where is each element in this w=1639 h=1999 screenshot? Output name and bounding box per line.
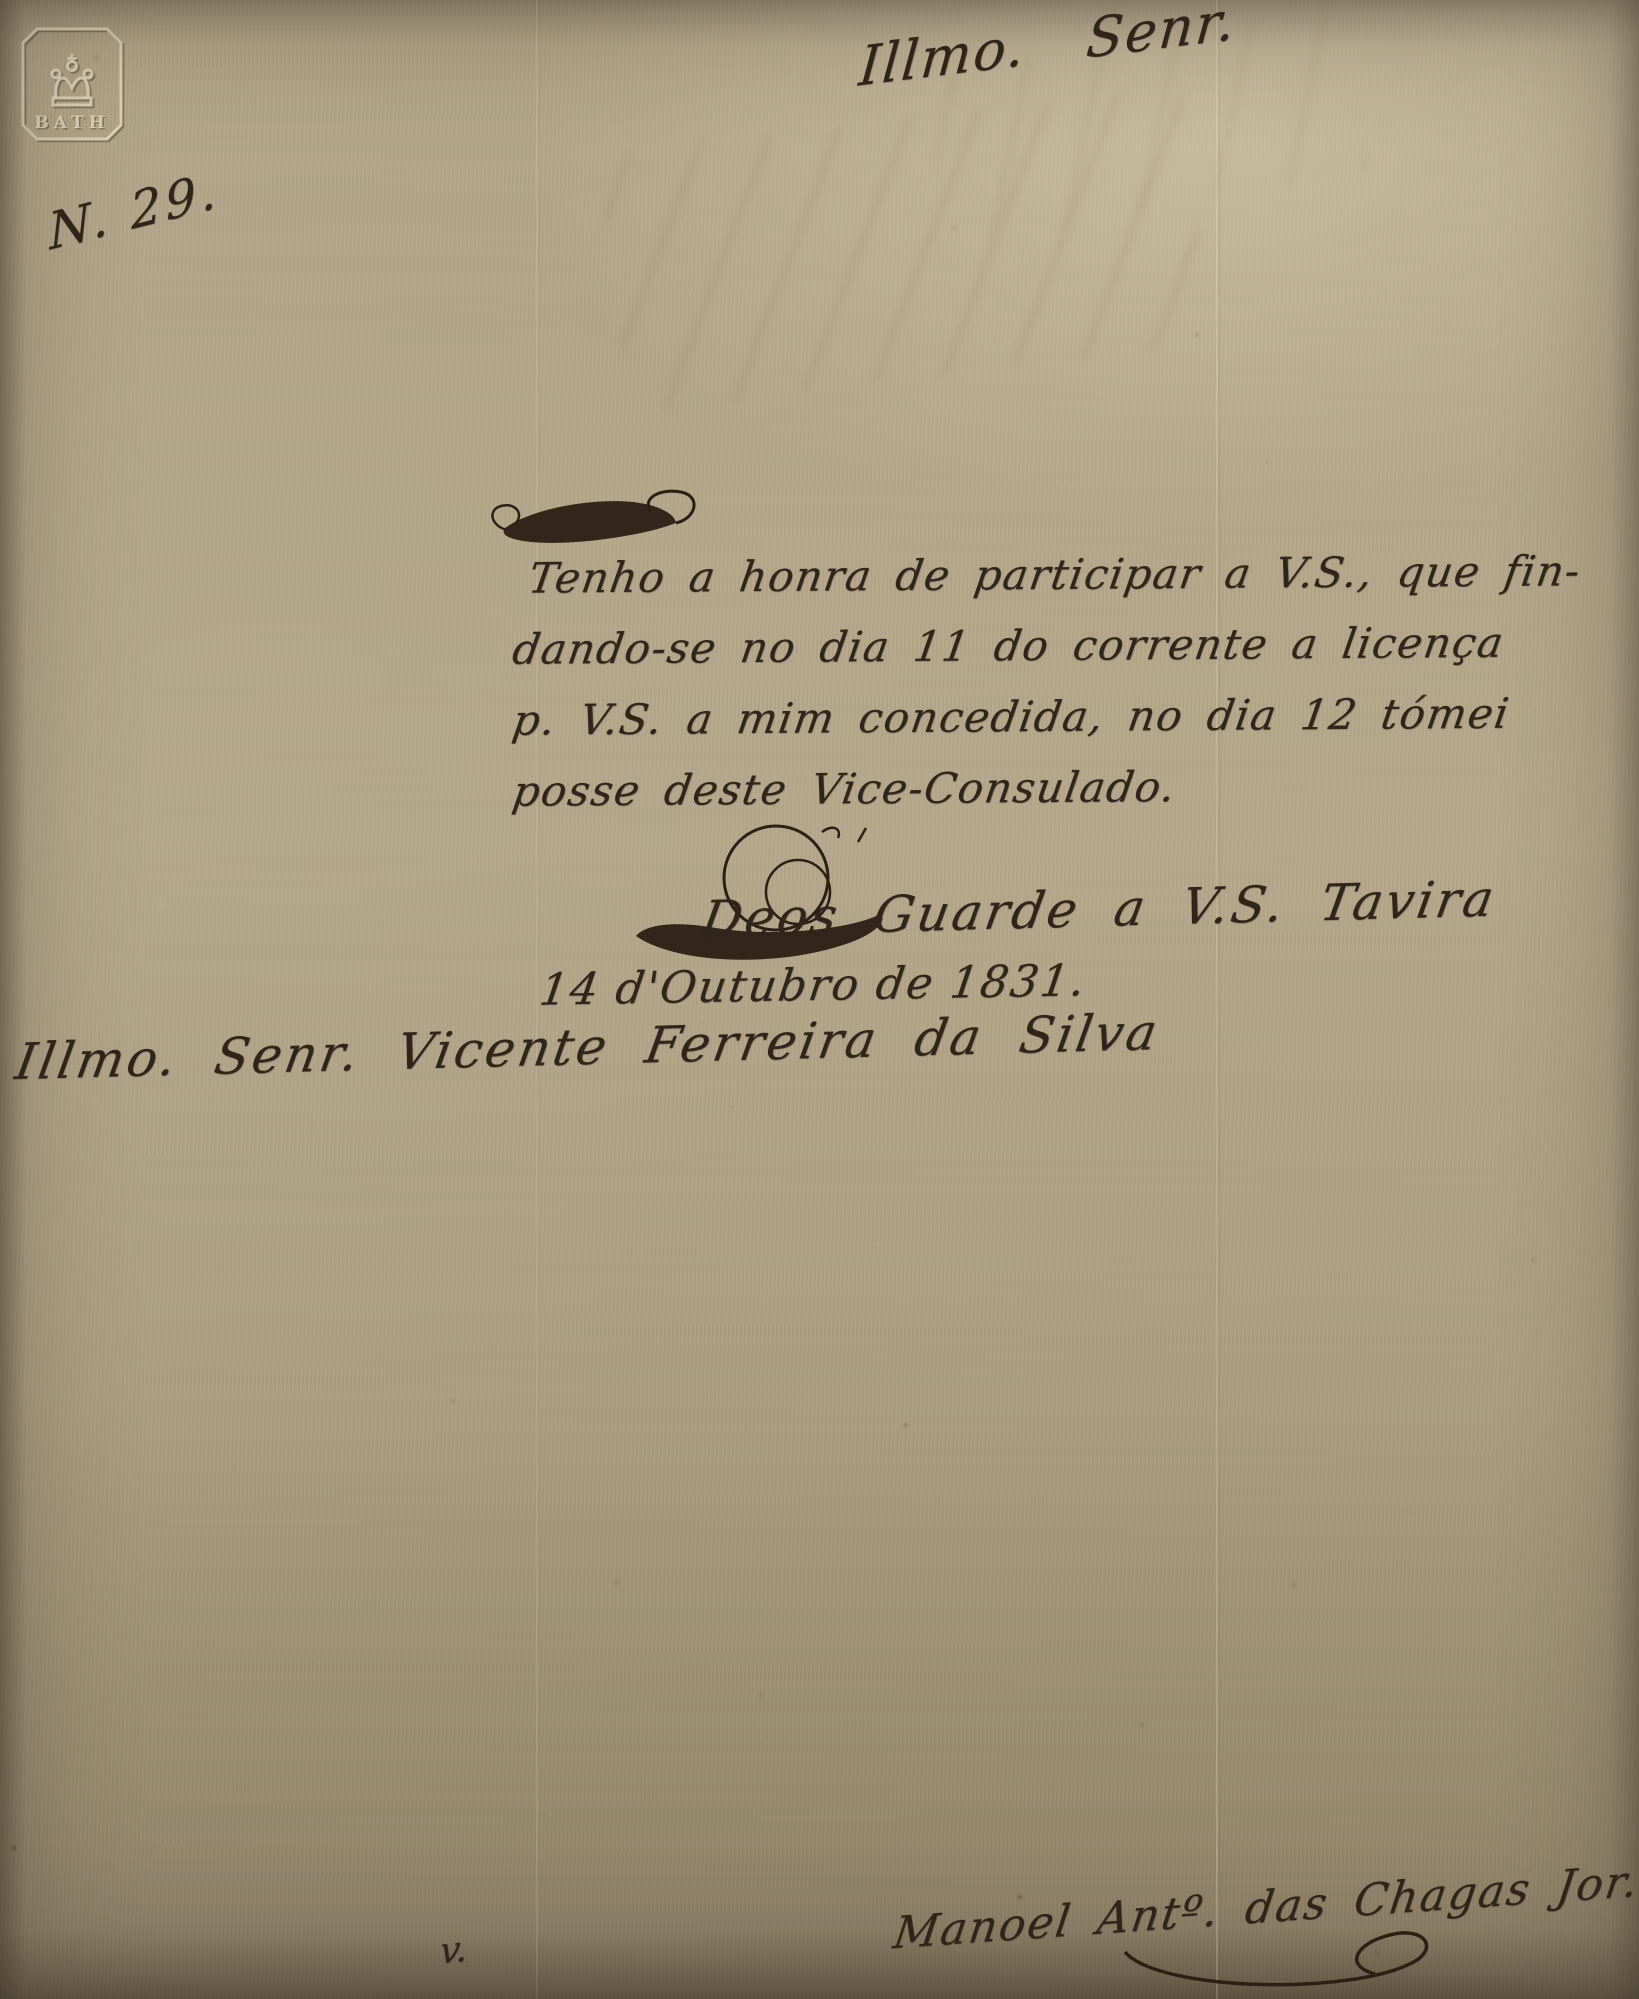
crown-icon [23,29,121,139]
body-line-3: p. V.S. a mim concedida, no dia 12 tómei [506,688,1585,766]
embossed-paper-stamp: BATH BATH [20,26,126,144]
ink-showthrough-smudge [596,85,1213,415]
addressee-line: Illmo. Senr. Vicente Ferreira da Silva [11,1003,1164,1091]
salutation-header: Illmo. Senr. [857,0,1240,99]
valediction-line: Deos Guarde a V.S. Tavira [697,869,1501,948]
letter-page: BATH BATH Illmo. Senr. N. 29. Tenho a ho… [0,0,1639,1999]
stamp-text-shadow: BATH [36,115,111,135]
document-number: N. 29. [47,160,222,261]
page-mark: v. [439,1928,469,1972]
vertical-fold-line [1216,0,1218,1999]
body-line-1: Tenho a honra de participar a V.S., que … [506,546,1585,624]
letter-body: Tenho a honra de participar a V.S., que … [512,550,1579,834]
body-line-2: dando-se no dia 11 do corrente a licença [506,617,1585,695]
body-line-4: posse deste Vice-Consulado. [506,759,1585,837]
signature: Manoel Antº. das Chagas Jor. [890,1856,1639,1960]
foxing-spots [0,0,2,2]
stamp-text: BATH [34,113,109,133]
